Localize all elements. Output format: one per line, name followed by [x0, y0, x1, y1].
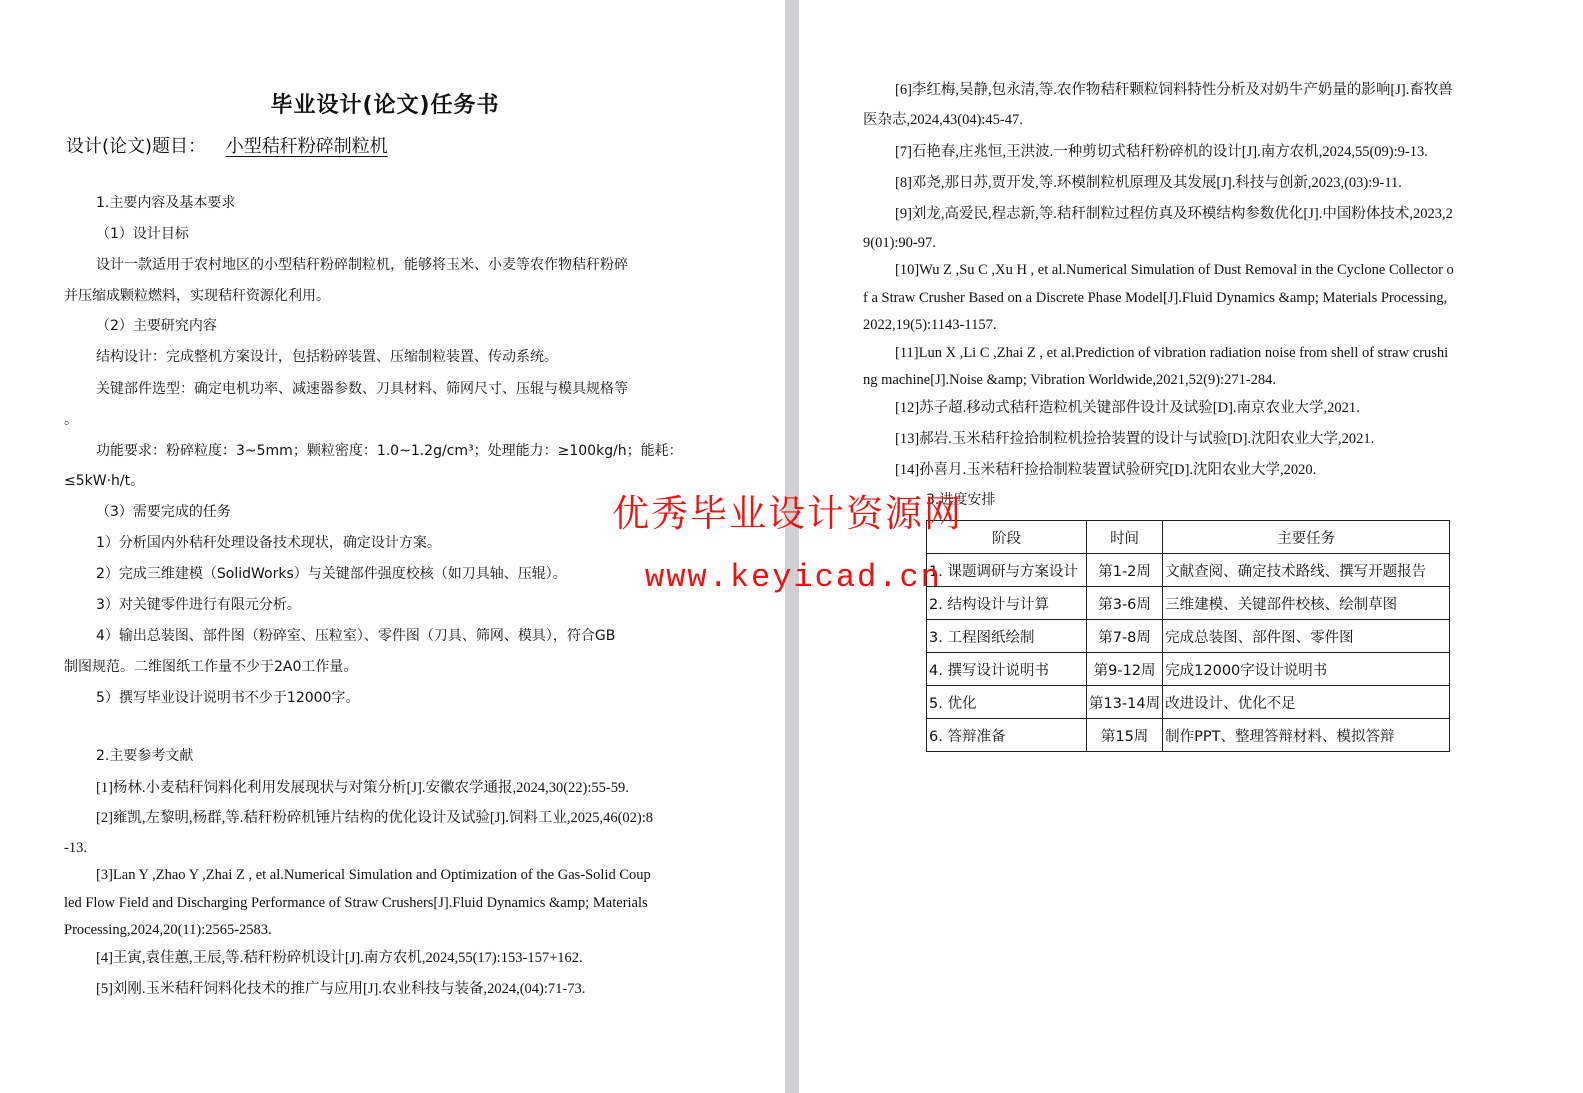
- sub1-heading: （1）设计目标: [96, 219, 189, 250]
- sub2-func-line2: ≤5kW·h/t。: [64, 466, 144, 497]
- cell-task: 文献查阅、确定技术路线、撰写开题报告: [1163, 554, 1450, 587]
- reference-item: 医杂志,2024,43(04):45-47.: [863, 106, 1023, 134]
- page-divider: [785, 0, 799, 1093]
- reference-item: [10]Wu Z ,Su C ,Xu H , et al.Numerical S…: [895, 256, 1454, 284]
- sub2-parts-line1: 关键部件选型：确定电机功率、减速器参数、刀具材料、筛网尺寸、压辊与模具规格等: [96, 374, 628, 405]
- table-row: 2. 结构设计与计算 第3-6周 三维建模、关键部件校核、绘制草图: [927, 587, 1450, 620]
- table-row: 5. 优化 第13-14周 改进设计、优化不足: [927, 686, 1450, 719]
- table-row: 3. 工程图纸绘制 第7-8周 完成总装图、部件图、零件图: [927, 620, 1450, 653]
- reference-item: [12]苏子超.移动式秸秆造粒机关键部件设计及试验[D].南京农业大学,2021…: [895, 394, 1360, 422]
- sub2-heading: （2）主要研究内容: [96, 311, 217, 342]
- reference-item: ng machine[J].Noise &amp; Vibration Worl…: [863, 366, 1276, 394]
- table-row: 1. 课题调研与方案设计 第1-2周 文献查阅、确定技术路线、撰写开题报告: [927, 554, 1450, 587]
- reference-item: [2]雍凯,左黎明,杨群,等.秸秆粉碎机锤片结构的优化设计及试验[J].饲料工业…: [96, 804, 653, 832]
- cell-time: 第15周: [1087, 719, 1163, 752]
- reference-item: [14]孙喜月.玉米秸秆捡拾制粒装置试验研究[D].沈阳农业大学,2020.: [895, 456, 1316, 484]
- cell-stage: 4. 撰写设计说明书: [927, 653, 1087, 686]
- cell-time: 第3-6周: [1087, 587, 1163, 620]
- task-item: 4）输出总装图、部件图（粉碎室、压粒室）、零件图（刀具、筛网、模具），符合GB: [96, 621, 615, 652]
- cell-time: 第9-12周: [1087, 653, 1163, 686]
- reference-item: [5]刘刚.玉米秸秆饲料化技术的推广与应用[J].农业科技与装备,2024,(0…: [96, 975, 585, 1003]
- reference-item: 9(01):90-97.: [863, 229, 936, 257]
- reference-item: [3]Lan Y ,Zhao Y ,Zhai Z , et al.Numeric…: [96, 861, 651, 889]
- cell-stage: 6. 答辩准备: [927, 719, 1087, 752]
- cell-stage: 2. 结构设计与计算: [927, 587, 1087, 620]
- topic-label: 设计(论文)题目：: [66, 136, 206, 157]
- reference-item: [4]王寅,袁佳蕙,王辰,等.秸秆粉碎机设计[J].南方农机,2024,55(1…: [96, 944, 583, 972]
- sub2-func-line1: 功能要求：粉碎粒度：3~5mm；颗粒密度：1.0~1.2g/cm³；处理能力：≥…: [96, 436, 683, 467]
- reference-item: [6]李红梅,吴静,包永清,等.农作物秸秆颗粒饲料特性分析及对奶牛产奶量的影响[…: [895, 76, 1453, 104]
- table-row: 6. 答辩准备 第15周 制作PPT、整理答辩材料、模拟答辩: [927, 719, 1450, 752]
- topic-line: 设计(论文)题目： 小型秸秆粉碎制粒机: [66, 132, 388, 158]
- cell-task: 三维建模、关键部件校核、绘制草图: [1163, 587, 1450, 620]
- section1-heading: 1.主要内容及基本要求: [96, 188, 235, 219]
- reference-item: led Flow Field and Discharging Performan…: [64, 889, 648, 917]
- reference-item: 2022,19(5):1143-1157.: [863, 311, 996, 339]
- reference-item: Processing,2024,20(11):2565-2583.: [64, 916, 272, 944]
- task-item: 5）撰写毕业设计说明书不少于12000字。: [96, 683, 359, 714]
- header-task: 主要任务: [1163, 521, 1450, 554]
- section2-heading: 2.主要参考文献: [96, 741, 193, 772]
- task-item: 制图规范。二维图纸工作量不少于2A0工作量。: [64, 652, 357, 683]
- cell-stage: 3. 工程图纸绘制: [927, 620, 1087, 653]
- header-time: 时间: [1087, 521, 1163, 554]
- sub2-parts-line2: 。: [64, 405, 78, 436]
- cell-stage: 5. 优化: [927, 686, 1087, 719]
- cell-time: 第1-2周: [1087, 554, 1163, 587]
- reference-item: [9]刘龙,高爱民,程志新,等.秸秆制粒过程仿真及环模结构参数优化[J].中国粉…: [895, 200, 1453, 228]
- cell-task: 制作PPT、整理答辩材料、模拟答辩: [1163, 719, 1450, 752]
- reference-item: [8]邓尧,那日苏,贾开发,等.环模制粒机原理及其发展[J].科技与创新,202…: [895, 169, 1402, 197]
- reference-item: f a Straw Crusher Based on a Discrete Ph…: [863, 284, 1447, 312]
- cell-task: 完成12000字设计说明书: [1163, 653, 1450, 686]
- topic-value: 小型秸秆粉碎制粒机: [226, 136, 388, 157]
- cell-time: 第13-14周: [1087, 686, 1163, 719]
- table-row: 4. 撰写设计说明书 第9-12周 完成12000字设计说明书: [927, 653, 1450, 686]
- task-item: 2）完成三维建模（SolidWorks）与关键部件强度校核（如刀具轴、压辊）。: [96, 559, 567, 590]
- task-item: 1）分析国内外秸秆处理设备技术现状，确定设计方案。: [96, 528, 441, 559]
- cell-stage: 1. 课题调研与方案设计: [927, 554, 1087, 587]
- document-title: 毕业设计(论文)任务书: [0, 88, 770, 119]
- reference-item: [11]Lun X ,Li C ,Zhai Z , et al.Predicti…: [895, 339, 1448, 367]
- reference-item: [7]石艳春,庄兆恒,王洪波.一种剪切式秸秆粉碎机的设计[J].南方农机,202…: [895, 138, 1428, 166]
- cell-task: 完成总装图、部件图、零件图: [1163, 620, 1450, 653]
- sub1-text-line2: 并压缩成颗粒燃料，实现秸秆资源化利用。: [64, 281, 330, 312]
- cell-task: 改进设计、优化不足: [1163, 686, 1450, 719]
- reference-item: [1]杨林.小麦秸秆饲料化利用发展现状与对策分析[J].安徽农学通报,2024,…: [96, 774, 629, 802]
- sub1-text-line1: 设计一款适用于农村地区的小型秸秆粉碎制粒机，能够将玉米、小麦等农作物秸秆粉碎: [96, 250, 628, 281]
- header-stage: 阶段: [927, 521, 1087, 554]
- sub2-structure: 结构设计：完成整机方案设计，包括粉碎装置、压缩制粒装置、传动系统。: [96, 342, 558, 373]
- cell-time: 第7-8周: [1087, 620, 1163, 653]
- section3-heading: 3.进度安排: [926, 485, 995, 516]
- schedule-table: 阶段 时间 主要任务 1. 课题调研与方案设计 第1-2周 文献查阅、确定技术路…: [926, 520, 1450, 752]
- reference-item: [13]郝岩.玉米秸秆捡拾制粒机捡拾装置的设计与试验[D].沈阳农业大学,202…: [895, 425, 1374, 453]
- reference-item: -13.: [64, 834, 87, 862]
- sub3-heading: （3）需要完成的任务: [96, 497, 231, 528]
- table-header-row: 阶段 时间 主要任务: [927, 521, 1450, 554]
- task-item: 3）对关键零件进行有限元分析。: [96, 590, 301, 621]
